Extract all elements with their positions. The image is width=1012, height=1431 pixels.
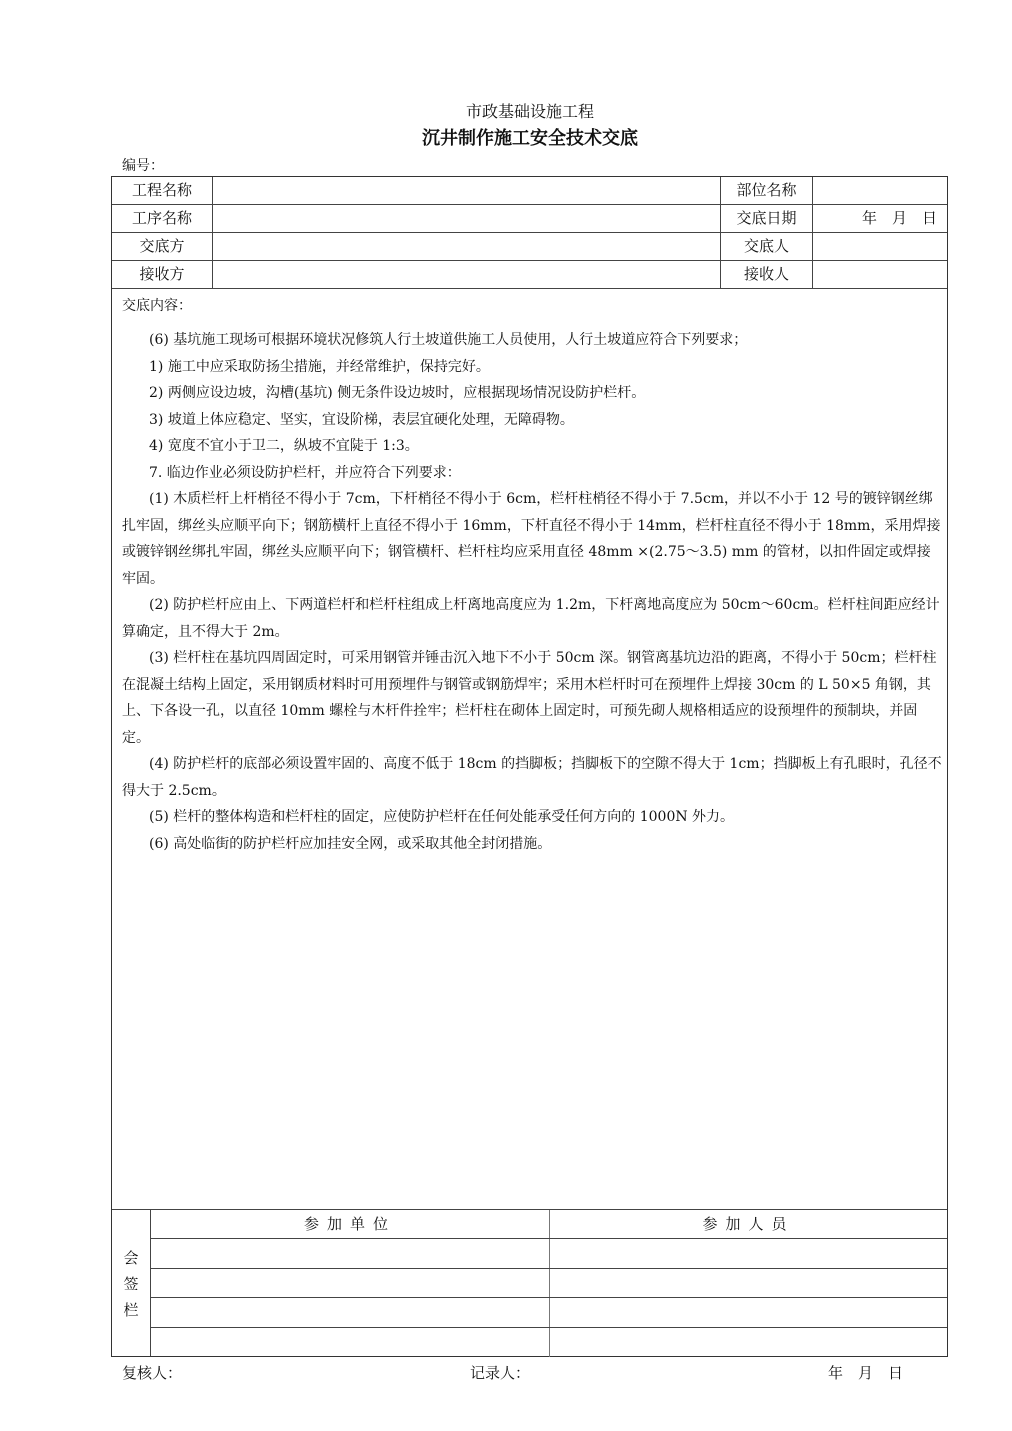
side-char: 栏 <box>112 1297 150 1323</box>
label-process-name: 工序名称 <box>112 205 213 232</box>
label-handover-date: 交底日期 <box>721 205 813 232</box>
paragraph: (5) 栏杆的整体构造和栏杆柱的固定，应使防护栏杆在任何处能承受任何方向的 10… <box>122 804 942 831</box>
field-unit[interactable] <box>151 1269 550 1297</box>
signature-side-label: 会 签 栏 <box>112 1210 151 1356</box>
field-handover-person[interactable] <box>813 233 947 260</box>
footer-date: 年 月 日 <box>828 1362 903 1383</box>
field-person[interactable] <box>550 1239 947 1267</box>
paragraph: (6) 基坑施工现场可根据环境状况修筑人行土坡道供施工人员使用，人行土坡道应符合… <box>122 327 942 354</box>
field-handover-party[interactable] <box>213 233 721 260</box>
paragraph: 2) 两侧应设边坡，沟槽(基坑) 侧无条件设边坡时，应根据现场情况设防护栏杆。 <box>122 380 942 407</box>
form-frame: 工程名称 部位名称 工序名称 交底日期 年 月 日 交底方 交底人 接收方 接收… <box>111 176 948 1357</box>
field-receiver[interactable] <box>813 261 947 288</box>
info-row-receiver: 接收方 接收人 <box>112 261 947 289</box>
field-person[interactable] <box>550 1298 947 1326</box>
label-project-name: 工程名称 <box>112 177 213 204</box>
signature-header-row: 参加单位 参加人员 <box>151 1210 947 1239</box>
paragraph: (4) 防护栏杆的底部必须设置牢固的、高度不低于 18cm 的挡脚板；挡脚板下的… <box>122 751 942 804</box>
signature-row <box>151 1269 947 1298</box>
signature-row <box>151 1298 947 1327</box>
field-receiving-party[interactable] <box>213 261 721 288</box>
paragraph: (2) 防护栏杆应由上、下两道栏杆和栏杆柱组成上杆离地高度应为 1.2m，下杆离… <box>122 592 942 645</box>
field-unit[interactable] <box>151 1239 550 1267</box>
content-label: 交底内容： <box>122 295 192 315</box>
info-row-project: 工程名称 部位名称 <box>112 177 947 205</box>
paragraph: 4) 宽度不宜小于卫二，纵坡不宜陡于 1:3。 <box>122 433 942 460</box>
field-part-name[interactable] <box>813 177 947 204</box>
doc-number-label: 编号： <box>122 155 164 175</box>
page-title: 沉井制作施工安全技术交底 <box>0 124 1012 150</box>
col-header-unit: 参加单位 <box>151 1210 550 1238</box>
field-project-name[interactable] <box>213 177 721 204</box>
field-handover-date[interactable]: 年 月 日 <box>813 205 947 232</box>
page-subtitle: 市政基础设施工程 <box>0 99 1012 122</box>
label-handover-party: 交底方 <box>112 233 213 260</box>
signature-row <box>151 1328 947 1357</box>
paragraph: 3) 坡道上体应稳定、坚实，宜设阶梯，表层宜硬化处理，无障碍物。 <box>122 407 942 434</box>
info-row-handover-party: 交底方 交底人 <box>112 233 947 261</box>
paragraph: (3) 栏杆柱在基坑四周固定时，可采用钢管并锤击沉入地下不小于 50cm 深。钢… <box>122 645 942 751</box>
paragraph: 7. 临边作业必须设防护栏杆，并应符合下列要求： <box>122 460 942 487</box>
field-unit[interactable] <box>151 1328 550 1357</box>
side-char: 签 <box>112 1271 150 1297</box>
field-process-name[interactable] <box>213 205 721 232</box>
label-part-name: 部位名称 <box>721 177 813 204</box>
info-row-process: 工序名称 交底日期 年 月 日 <box>112 205 947 233</box>
field-person[interactable] <box>550 1269 947 1297</box>
col-header-person: 参加人员 <box>550 1210 947 1238</box>
field-unit[interactable] <box>151 1298 550 1326</box>
label-receiver: 接收人 <box>721 261 813 288</box>
paragraph: 1) 施工中应采取防扬尘措施，并经常维护，保持完好。 <box>122 354 942 381</box>
paragraph: (6) 高处临街的防护栏杆应加挂安全网，或采取其他全封闭措施。 <box>122 831 942 858</box>
signature-row <box>151 1239 947 1268</box>
side-char: 会 <box>112 1245 150 1271</box>
signature-section: 会 签 栏 参加单位 参加人员 <box>112 1209 947 1356</box>
reviewer-label: 复核人： <box>122 1362 182 1383</box>
content-body: (6) 基坑施工现场可根据环境状况修筑人行土坡道供施工人员使用，人行土坡道应符合… <box>122 327 942 857</box>
field-person[interactable] <box>550 1328 947 1357</box>
label-receiving-party: 接收方 <box>112 261 213 288</box>
recorder-label: 记录人： <box>470 1362 530 1383</box>
label-handover-person: 交底人 <box>721 233 813 260</box>
paragraph: (1) 木质栏杆上杆梢径不得小于 7cm，下杆梢径不得小于 6cm，栏杆柱梢径不… <box>122 486 942 592</box>
